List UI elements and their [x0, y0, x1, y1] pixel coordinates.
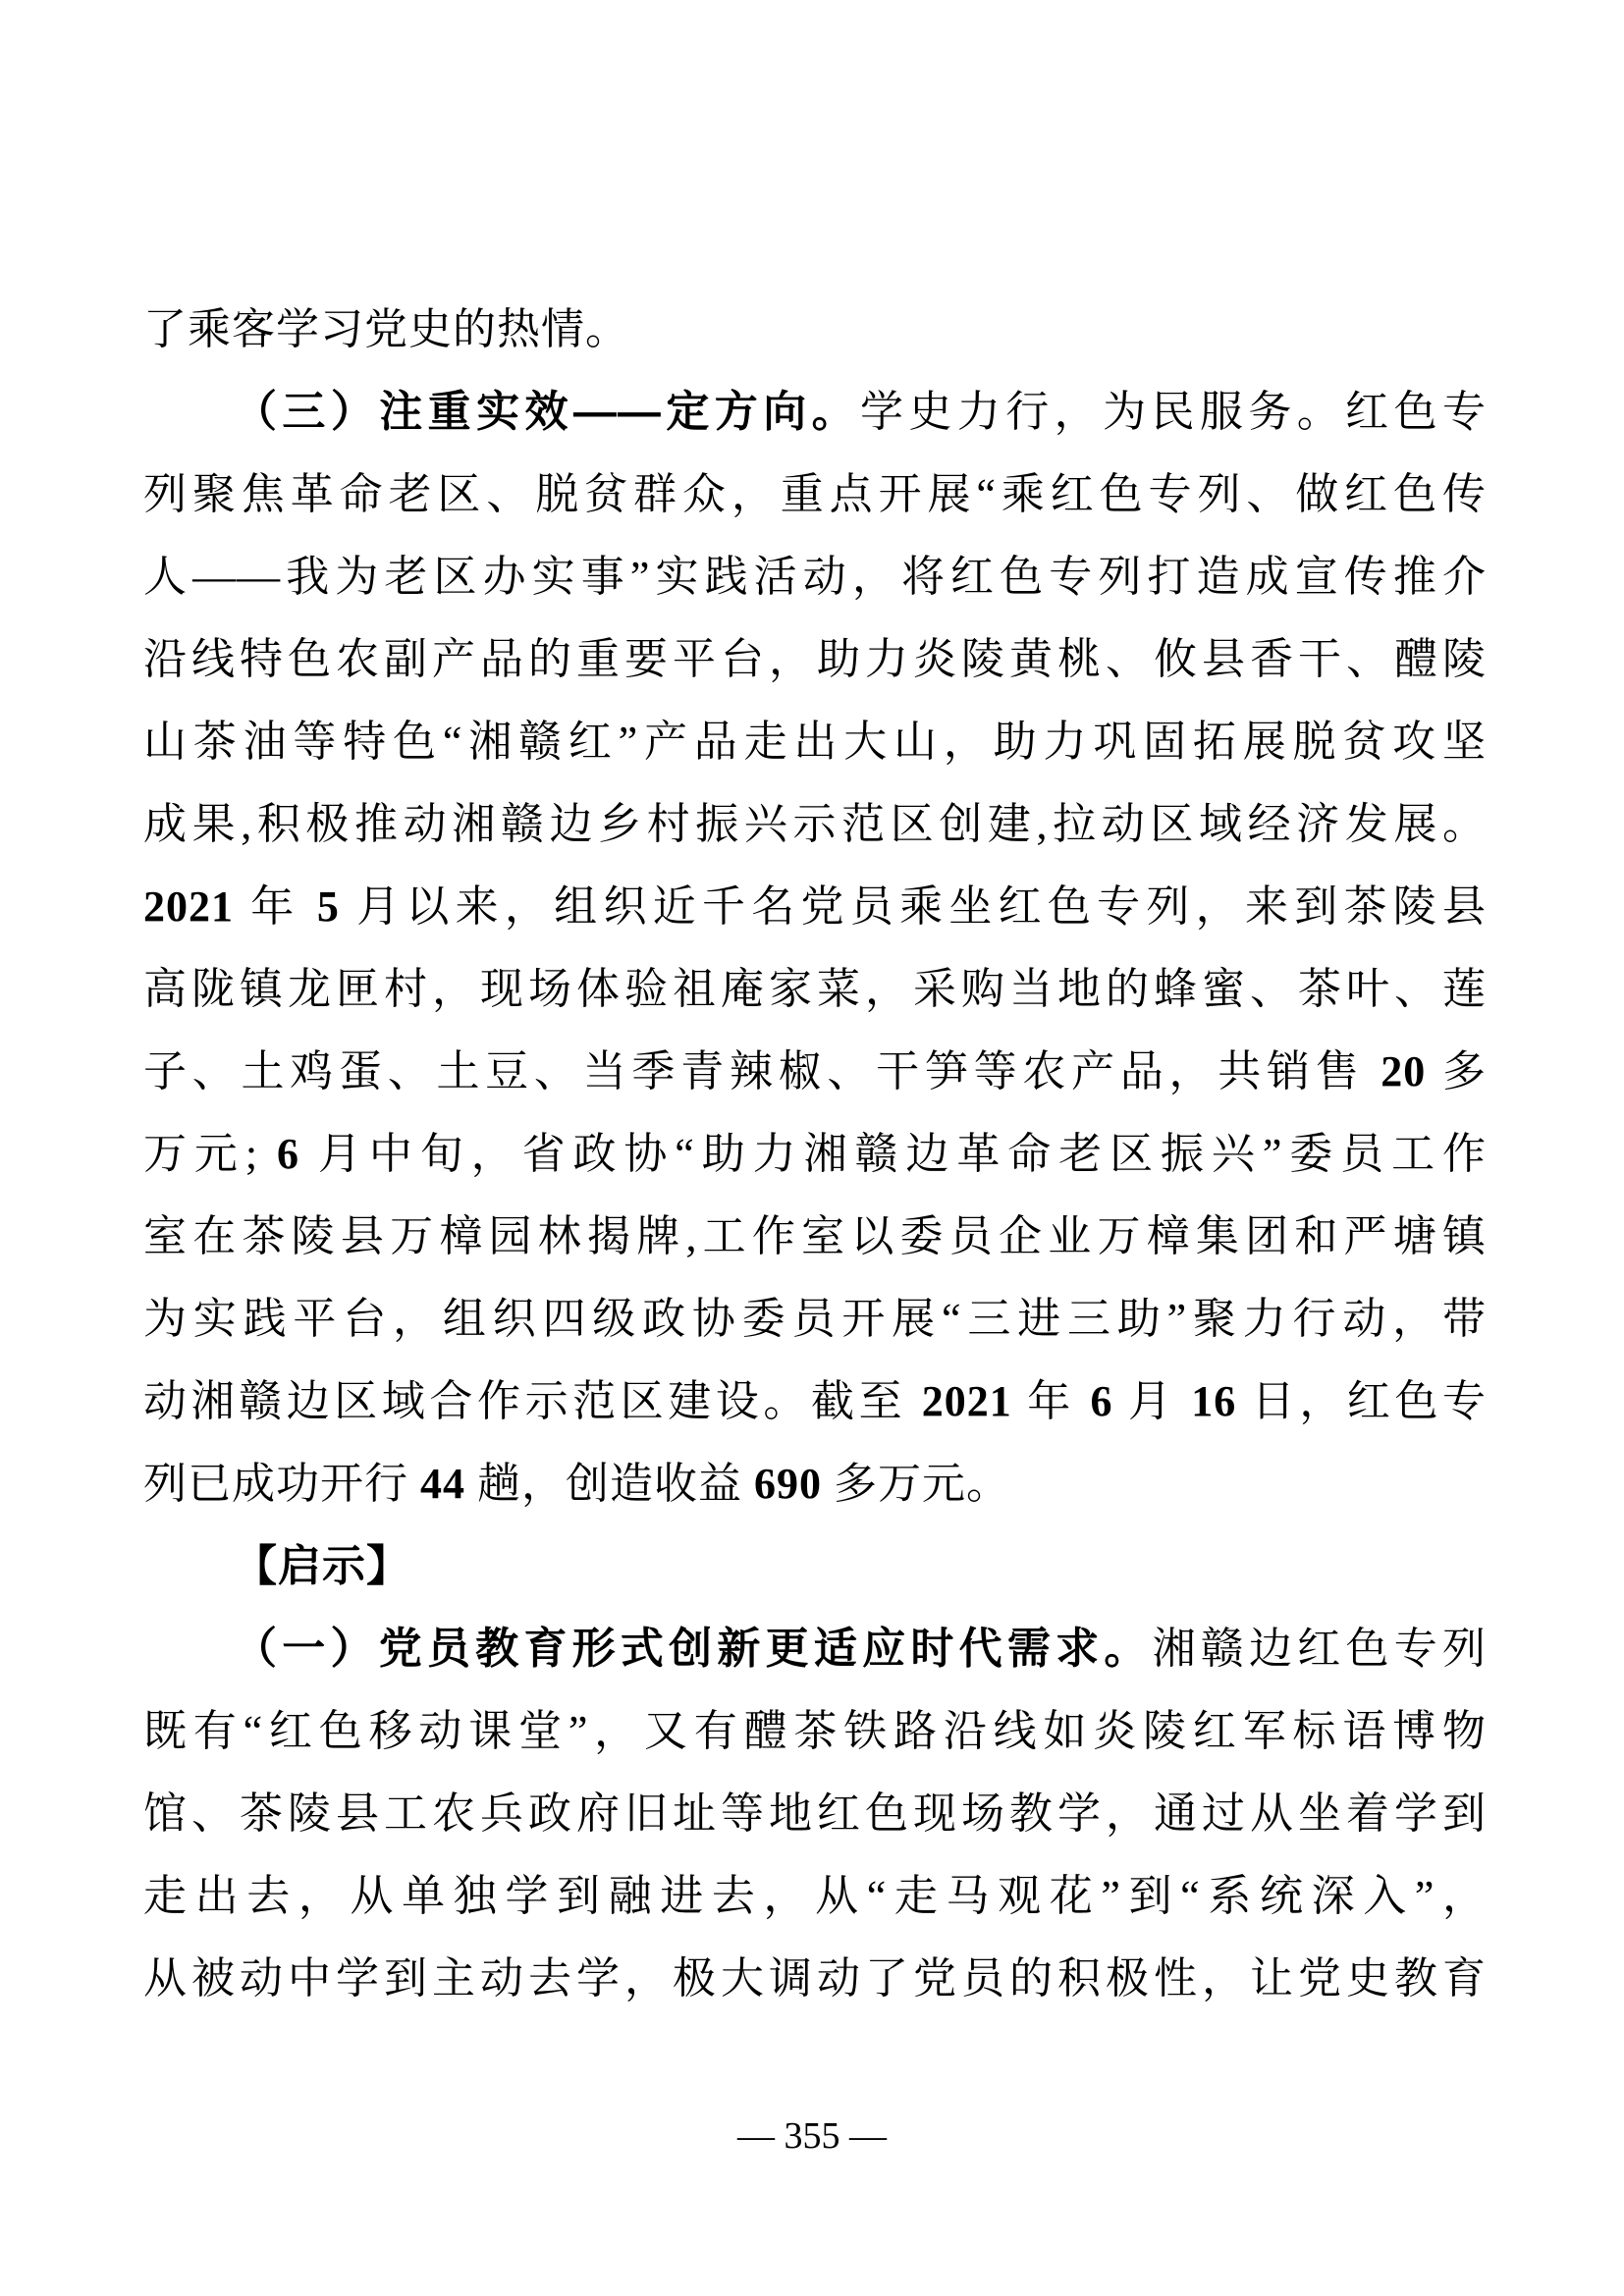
- body-text: 690: [754, 1460, 834, 1508]
- body-text: 月中旬，省政协“助力湘赣边革命老区振兴”委员工作: [318, 1130, 1487, 1178]
- text-line: 【启示】: [143, 1525, 1487, 1608]
- body-text: 子、土鸡蛋、土豆、当季青辣椒、干笋等农产品，共销售: [143, 1047, 1380, 1095]
- body-text: 室在茶陵县万樟园林揭牌,工作室以委员企业万樟集团和严塘镇: [143, 1212, 1487, 1260]
- body-text: 月: [1128, 1377, 1191, 1425]
- body-text: 列已成功开行: [143, 1460, 420, 1508]
- text-line: 列聚焦革命老区、脱贫群众，重点开展“乘红色专列、做红色传: [143, 454, 1487, 536]
- body-text: 列聚焦革命老区、脱贫群众，重点开展“乘红色专列、做红色传: [143, 470, 1487, 518]
- body-text: 趟，创造收益: [477, 1460, 754, 1508]
- bold-heading-text: （一）党员教育形式创新更适应时代需求。: [234, 1625, 1153, 1673]
- body-text: 湘赣边红色专列: [1153, 1625, 1487, 1673]
- text-line: 了乘客学习党史的热情。: [143, 289, 1487, 371]
- body-text: 多: [1442, 1047, 1487, 1095]
- document-page: 了乘客学习党史的热情。（三）注重实效——定方向。学史力行，为民服务。红色专列聚焦…: [0, 0, 1624, 2296]
- body-text: 走出去，从单独学到融进去，从“走马观花”到“系统深入”，: [143, 1872, 1487, 1920]
- text-line: 室在茶陵县万樟园林揭牌,工作室以委员企业万樟集团和严塘镇: [143, 1196, 1487, 1278]
- body-text: 从被动中学到主动去学，极大调动了党员的积极性，让党史教育: [143, 1954, 1487, 2002]
- body-text: 6: [277, 1130, 318, 1178]
- bold-heading-text: 【启示】: [234, 1542, 410, 1590]
- text-line: 列已成功开行 44 趟，创造收益 690 多万元。: [143, 1443, 1487, 1525]
- body-text: 了乘客学习党史的热情。: [143, 305, 629, 353]
- text-line: （一）党员教育形式创新更适应时代需求。湘赣边红色专列: [143, 1608, 1487, 1690]
- page-number: — 355 —: [0, 2109, 1624, 2163]
- body-text: 5: [317, 882, 356, 931]
- text-line: （三）注重实效——定方向。学史力行，为民服务。红色专: [143, 371, 1487, 454]
- body-text: 动湘赣边区域合作示范区建设。截至: [143, 1377, 922, 1425]
- body-text: 16: [1191, 1377, 1252, 1425]
- text-line: 走出去，从单独学到融进去，从“走马观花”到“系统深入”，: [143, 1855, 1487, 1938]
- bold-heading-text: （三）注重实效——定方向。: [234, 388, 860, 436]
- body-text: 6: [1090, 1377, 1128, 1425]
- text-line: 既有“红色移动课堂”，又有醴茶铁路沿线如炎陵红军标语博物: [143, 1690, 1487, 1773]
- body-text: 万元;: [143, 1130, 277, 1178]
- body-text: 年: [250, 882, 317, 931]
- text-line: 2021 年 5 月以来，组织近千名党员乘坐红色专列，来到茶陵县: [143, 866, 1487, 948]
- body-text: 馆、茶陵县工农兵政府旧址等地红色现场教学，通过从坐着学到: [143, 1789, 1487, 1838]
- body-text: 为实践平台，组织四级政协委员开展“三进三助”聚力行动，带: [143, 1295, 1487, 1343]
- body-text: 成果,积极推动湘赣边乡村振兴示范区创建,拉动区域经济发展。: [143, 800, 1487, 848]
- body-text: 44: [420, 1460, 477, 1508]
- body-text: 2021: [143, 882, 250, 931]
- text-line: 高陇镇龙匣村，现场体验祖庵家菜，采购当地的蜂蜜、茶叶、莲: [143, 948, 1487, 1031]
- body-text: 月以来，组织近千名党员乘坐红色专列，来到茶陵县: [356, 882, 1487, 931]
- body-text: 人——我为老区办实事”实践活动，将红色专列打造成宣传推介: [143, 553, 1487, 601]
- body-text: 沿线特色农副产品的重要平台，助力炎陵黄桃、攸县香干、醴陵: [143, 635, 1487, 683]
- body-text: 2021: [922, 1377, 1028, 1425]
- text-line: 子、土鸡蛋、土豆、当季青辣椒、干笋等农产品，共销售 20 多: [143, 1031, 1487, 1113]
- text-line: 山茶油等特色“湘赣红”产品走出大山，助力巩固拓展脱贫攻坚: [143, 701, 1487, 783]
- body-text: 山茶油等特色“湘赣红”产品走出大山，助力巩固拓展脱贫攻坚: [143, 718, 1487, 766]
- text-line: 万元; 6 月中旬，省政协“助力湘赣边革命老区振兴”委员工作: [143, 1113, 1487, 1196]
- body-text: 多万元。: [834, 1460, 1010, 1508]
- body-text: 学史力行，为民服务。红色专: [860, 388, 1487, 436]
- text-line: 从被动中学到主动去学，极大调动了党员的积极性，让党史教育: [143, 1938, 1487, 2020]
- body-text: 日，红色专: [1252, 1377, 1487, 1425]
- body-text: 既有“红色移动课堂”，又有醴茶铁路沿线如炎陵红军标语博物: [143, 1707, 1487, 1755]
- text-line: 为实践平台，组织四级政协委员开展“三进三助”聚力行动，带: [143, 1278, 1487, 1361]
- body-text: 年: [1027, 1377, 1090, 1425]
- text-line: 动湘赣边区域合作示范区建设。截至 2021 年 6 月 16 日，红色专: [143, 1361, 1487, 1443]
- body-text-block: 了乘客学习党史的热情。（三）注重实效——定方向。学史力行，为民服务。红色专列聚焦…: [143, 289, 1487, 2020]
- text-line: 成果,积极推动湘赣边乡村振兴示范区创建,拉动区域经济发展。: [143, 783, 1487, 866]
- text-line: 馆、茶陵县工农兵政府旧址等地红色现场教学，通过从坐着学到: [143, 1773, 1487, 1855]
- text-line: 沿线特色农副产品的重要平台，助力炎陵黄桃、攸县香干、醴陵: [143, 618, 1487, 701]
- body-text: 高陇镇龙匣村，现场体验祖庵家菜，采购当地的蜂蜜、茶叶、莲: [143, 965, 1487, 1013]
- body-text: 20: [1380, 1047, 1442, 1095]
- text-line: 人——我为老区办实事”实践活动，将红色专列打造成宣传推介: [143, 536, 1487, 618]
